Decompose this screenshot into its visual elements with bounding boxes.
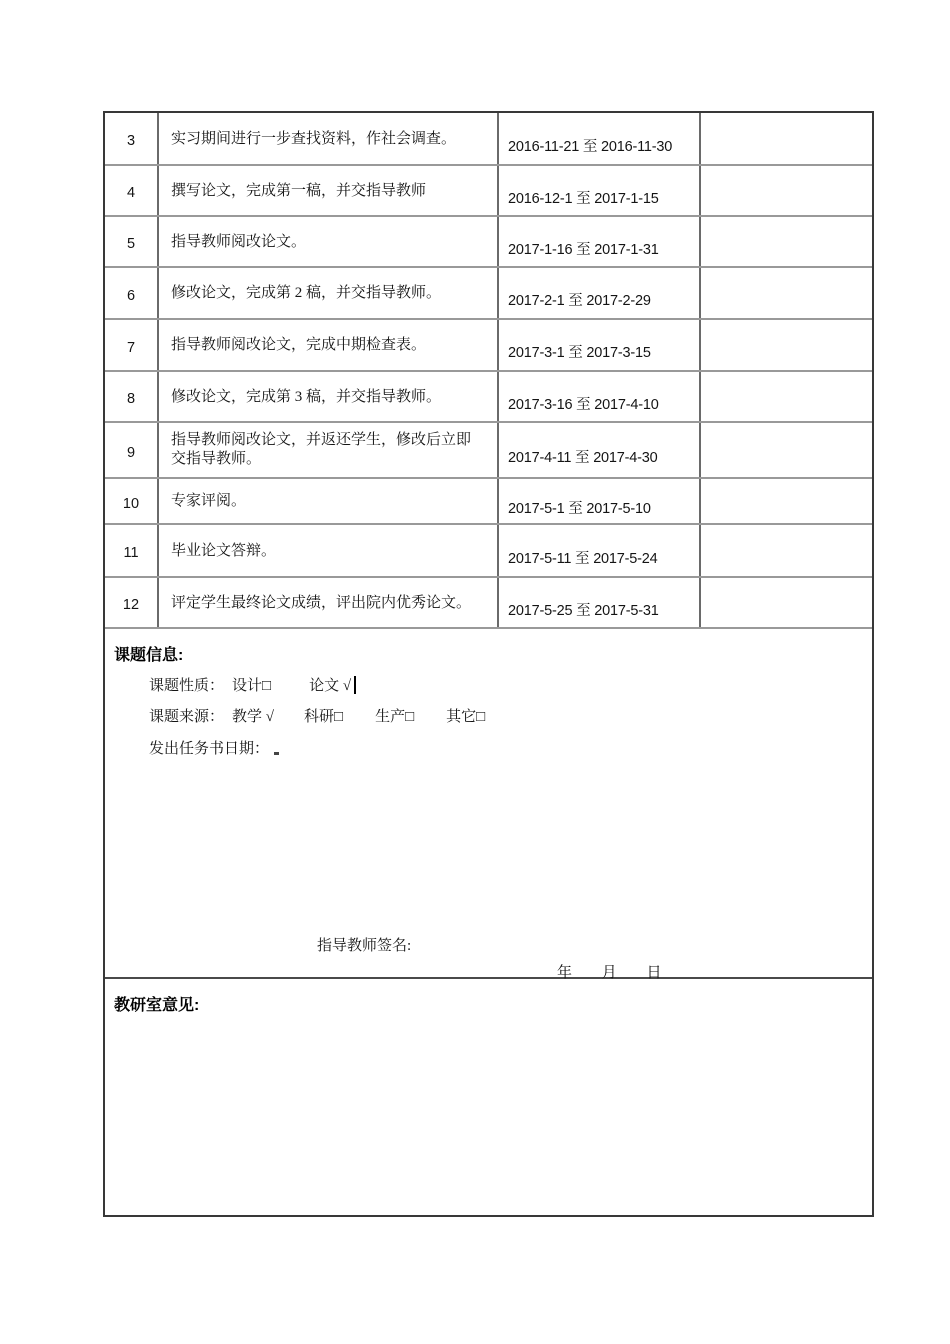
- empty-cell: [701, 320, 872, 370]
- table-row: 7 指导教师阅改论文，完成中期检查表。 2017-3-1 至 2017-3-15: [105, 320, 872, 372]
- table-row: 5 指导教师阅改论文。 2017-1-16 至 2017-1-31: [105, 217, 872, 268]
- row-number-cell: 7: [105, 320, 159, 370]
- date-range-cell: 2017-1-16 至 2017-1-31: [499, 217, 701, 266]
- task-cell: 实习期间进行一步查找资料，作社会调查。: [159, 113, 499, 164]
- row-number-cell: 6: [105, 268, 159, 318]
- empty-cell: [701, 525, 872, 576]
- checkbox-option-production[interactable]: 生产□: [375, 705, 414, 726]
- date-range-cell: 2017-5-11 至 2017-5-24: [499, 525, 701, 576]
- task-cell: 撰写论文，完成第一稿，并交指导教师: [159, 166, 499, 215]
- empty-cell: [701, 578, 872, 627]
- table-row: 9 指导教师阅改论文，并返还学生，修改后立即交指导教师。 2017-4-11 至…: [105, 423, 872, 479]
- row-number-cell: 8: [105, 372, 159, 421]
- checkbox-option-other[interactable]: 其它□: [446, 705, 485, 726]
- checkbox-option-design[interactable]: 设计□: [232, 674, 271, 695]
- topic-info-section: 课题信息: 课题性质：设计□论文 √ 课题来源：教学 √科研□生产□其它□ 发出…: [105, 629, 872, 979]
- topic-nature-line: 课题性质：设计□论文 √: [149, 674, 356, 695]
- topic-nature-label: 课题性质：: [149, 678, 224, 694]
- task-cell: 指导教师阅改论文，并返还学生，修改后立即交指导教师。: [159, 423, 499, 477]
- document-page: 3 实习期间进行一步查找资料，作社会调查。 2016-11-21 至 2016-…: [0, 0, 950, 1344]
- checkbox-option-research[interactable]: 科研□: [304, 705, 343, 726]
- table-row: 8 修改论文，完成第 3 稿，并交指导教师。 2017-3-16 至 2017-…: [105, 372, 872, 423]
- empty-cell: [701, 113, 872, 164]
- date-range-cell: 2017-5-25 至 2017-5-31: [499, 578, 701, 627]
- row-number-cell: 10: [105, 479, 159, 523]
- empty-cell: [701, 166, 872, 215]
- date-range-cell: 2016-11-21 至 2016-11-30: [499, 113, 701, 164]
- topic-info-title: 课题信息:: [114, 642, 183, 665]
- topic-source-label: 课题来源：: [149, 709, 224, 725]
- row-number-cell: 9: [105, 423, 159, 477]
- checkbox-option-teaching[interactable]: 教学 √: [232, 705, 274, 726]
- task-cell: 专家评阅。: [159, 479, 499, 523]
- text-caret-icon: [354, 676, 356, 694]
- table-row: 11 毕业论文答辩。 2017-5-11 至 2017-5-24: [105, 525, 872, 578]
- task-cell: 指导教师阅改论文，完成中期检查表。: [159, 320, 499, 370]
- row-number-cell: 12: [105, 578, 159, 627]
- empty-cell: [701, 423, 872, 477]
- date-range-cell: 2017-5-1 至 2017-5-10: [499, 479, 701, 523]
- date-range-cell: 2017-4-11 至 2017-4-30: [499, 423, 701, 477]
- office-opinion-section: 教研室意见:: [105, 979, 872, 1215]
- row-number-cell: 11: [105, 525, 159, 576]
- table-row: 12 评定学生最终论文成绩，评出院内优秀论文。 2017-5-25 至 2017…: [105, 578, 872, 629]
- task-cell: 修改论文，完成第 2 稿，并交指导教师。: [159, 268, 499, 318]
- task-cell: 毕业论文答辩。: [159, 525, 499, 576]
- table-row: 6 修改论文，完成第 2 稿，并交指导教师。 2017-2-1 至 2017-2…: [105, 268, 872, 320]
- date-range-cell: 2016-12-1 至 2017-1-15: [499, 166, 701, 215]
- row-number-cell: 3: [105, 113, 159, 164]
- table-row: 4 撰写论文，完成第一稿，并交指导教师 2016-12-1 至 2017-1-1…: [105, 166, 872, 217]
- empty-cell: [701, 372, 872, 421]
- checkbox-option-thesis[interactable]: 论文 √: [309, 674, 351, 695]
- date-range-cell: 2017-3-1 至 2017-3-15: [499, 320, 701, 370]
- table-row: 3 实习期间进行一步查找资料，作社会调查。 2016-11-21 至 2016-…: [105, 113, 872, 166]
- task-cell: 评定学生最终论文成绩，评出院内优秀论文。: [159, 578, 499, 627]
- task-cell: 指导教师阅改论文。: [159, 217, 499, 266]
- row-number-cell: 5: [105, 217, 159, 266]
- task-cell: 修改论文，完成第 3 稿，并交指导教师。: [159, 372, 499, 421]
- date-range-cell: 2017-3-16 至 2017-4-10: [499, 372, 701, 421]
- issue-date-label: 发出任务书日期：: [149, 741, 269, 757]
- topic-source-line: 课题来源：教学 √科研□生产□其它□: [149, 705, 485, 726]
- table-row: 10 专家评阅。 2017-5-1 至 2017-5-10: [105, 479, 872, 525]
- row-number-cell: 4: [105, 166, 159, 215]
- issue-date-placeholder-mark: [274, 752, 279, 755]
- empty-cell: [701, 217, 872, 266]
- advisor-signature-label: 指导教师签名:: [317, 934, 411, 955]
- office-opinion-title: 教研室意见:: [114, 992, 199, 1015]
- form-outer-box: 3 实习期间进行一步查找资料，作社会调查。 2016-11-21 至 2016-…: [103, 111, 874, 1217]
- issue-date-line: 发出任务书日期：: [149, 737, 279, 758]
- empty-cell: [701, 479, 872, 523]
- date-range-cell: 2017-2-1 至 2017-2-29: [499, 268, 701, 318]
- empty-cell: [701, 268, 872, 318]
